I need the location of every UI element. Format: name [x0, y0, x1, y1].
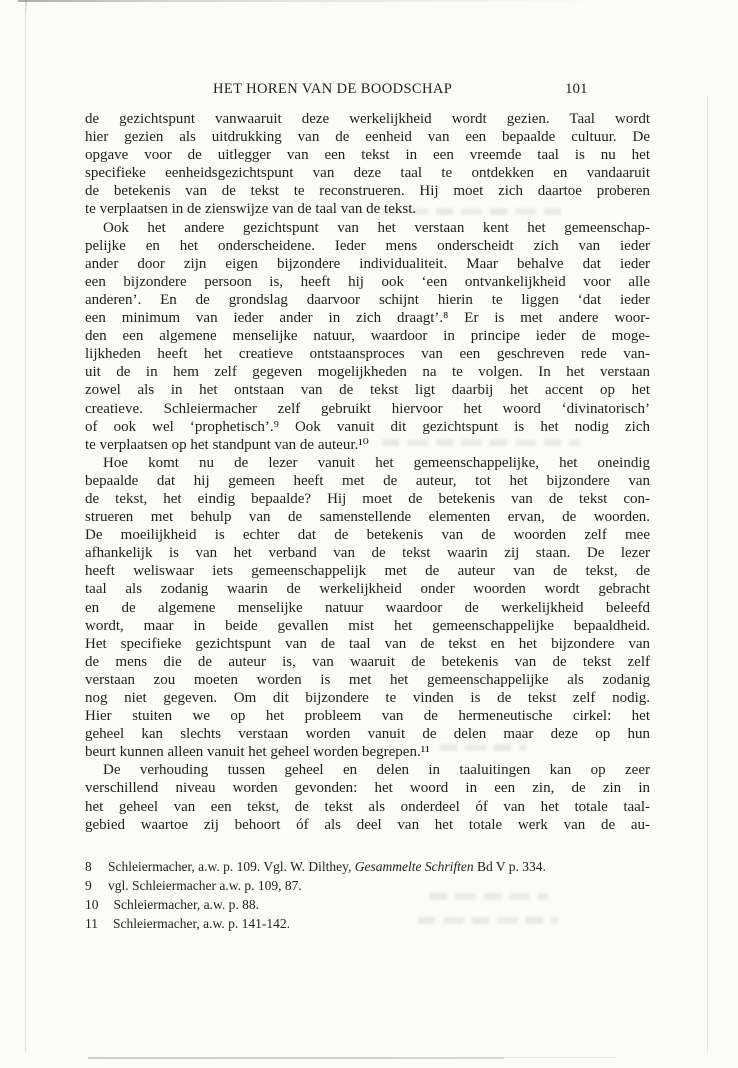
footnote: 9vgl. Schleiermacher a.w. p. 109, 87. [85, 876, 650, 895]
text-line: een minimum van ieder ander in zich draa… [85, 309, 650, 327]
text-line: beurt kunnen alleen vanuit het geheel wo… [85, 743, 650, 761]
text-line: bepaalde dat hij gemeen heeft met de aut… [85, 472, 650, 490]
text-line: specifieke eenheidsgezichtspunt van deze… [85, 164, 650, 182]
text-line: of ook wel ‘prophetisch’.⁹ Ook vanuit di… [85, 418, 650, 436]
scan-edge-bottom [88, 1057, 504, 1059]
text-line: nog niet gegeven. Om dit bijzondere te v… [85, 689, 650, 707]
text-line: wordt, maar in beide gevallen mist het g… [85, 617, 650, 635]
scan-edge-top [18, 0, 610, 2]
text-line: Hier stuiten we op het probleem van de h… [85, 707, 650, 725]
text-line: een bijzondere persoon is, heeft hij ook… [85, 273, 650, 291]
text-line: Ook het andere gezichtspunt van het vers… [85, 219, 650, 237]
text-line: heeft weliswaar iets gemeenschappelijk m… [85, 562, 650, 580]
text-line: verschillend niveau worden gevonden: het… [85, 779, 650, 797]
text-line: gebied waartoe zij behoort óf als deel v… [85, 816, 650, 834]
footnote-number: 8 [85, 857, 93, 876]
text-line: lijkheden heeft het creatieve ontstaansp… [85, 345, 650, 363]
text-line: de mens die de auteur is, van waaruit de… [85, 653, 650, 671]
running-head-title: HET HOREN VAN DE BOODSCHAP [213, 81, 452, 98]
paragraph: Ook het andere gezichtspunt van het vers… [85, 219, 650, 454]
text-line: hier gezien als uitdrukking van de eenhe… [85, 128, 650, 146]
paragraph: De verhouding tussen geheel en delen in … [85, 761, 650, 833]
text-line: taal als zodanig waarin de werkelijkheid… [85, 580, 650, 598]
text-line: uit de in hem zelf gegeven mogelijkheden… [85, 363, 650, 381]
text-line: anderen’. En de grondslag daarvoor schij… [85, 291, 650, 309]
text-line: en de algemene menselijke natuur waardoo… [85, 599, 650, 617]
text-line: afhankelijk is van het verband van de te… [85, 544, 650, 562]
footnotes: 8Schleiermacher, a.w. p. 109. Vgl. W. Di… [85, 857, 650, 933]
running-head: HET HOREN VAN DE BOODSCHAP 101 [85, 81, 650, 101]
text-line: creatieve. Schleiermacher zelf gebruikt … [85, 400, 650, 418]
footnote-text: Schleiermacher, a.w. p. 88. [114, 895, 651, 914]
text-line: Hoe komt nu de lezer vanuit het gemeensc… [85, 454, 650, 472]
footnote-text: Schleiermacher, a.w. p. 109. Vgl. W. Dil… [108, 857, 650, 876]
text-line: te verplaatsen op het standpunt van de a… [85, 436, 650, 454]
text-line: verstaan zou moeten worden is met het ge… [85, 671, 650, 689]
footnote-text: vgl. Schleiermacher a.w. p. 109, 87. [108, 876, 650, 895]
footnote: 10Schleiermacher, a.w. p. 88. [85, 895, 650, 914]
text-line: de betekenis van de tekst te reconstruer… [85, 182, 650, 200]
scan-edge-left [25, 8, 26, 1052]
footnote: 8Schleiermacher, a.w. p. 109. Vgl. W. Di… [85, 857, 650, 876]
text-line: te verplaatsen in de zienswijze van de t… [85, 200, 650, 218]
paragraph: Hoe komt nu de lezer vanuit het gemeensc… [85, 454, 650, 762]
text-line: De moeilijkheid is echter dat de beteken… [85, 526, 650, 544]
text-line: strueren met behulp van de samenstellend… [85, 508, 650, 526]
text-line: geheel kan slechts verstaan worden vanui… [85, 725, 650, 743]
paragraph: de gezichtspunt vanwaaruit deze werkelij… [85, 110, 650, 219]
text-line: den een algemene menselijke natuur, waar… [85, 327, 650, 345]
footnote-number: 10 [85, 895, 99, 914]
scan-edge-bottom-faint [504, 1057, 616, 1058]
text-line: zowel als in het ontstaan van de tekst l… [85, 381, 650, 399]
footnote-text: Schleiermacher, a.w. p. 141-142. [113, 914, 650, 933]
text-line: de gezichtspunt vanwaaruit deze werkelij… [85, 110, 650, 128]
text-line: ander door zijn eigen bijzondere individ… [85, 255, 650, 273]
text-line: Het specifieke gezichtspunt van de taal … [85, 635, 650, 653]
footnote-number: 11 [85, 914, 98, 933]
text-line: pelijke en het onderscheidene. Ieder men… [85, 237, 650, 255]
scan-edge-right [707, 96, 708, 1054]
book-page-scan: HET HOREN VAN DE BOODSCHAP 101 de gezich… [0, 0, 738, 1068]
footnote: 11Schleiermacher, a.w. p. 141-142. [85, 914, 650, 933]
body-text: de gezichtspunt vanwaaruit deze werkelij… [85, 110, 650, 834]
page-number: 101 [565, 81, 588, 98]
text-line: opgave voor de uitlegger van een tekst i… [85, 146, 650, 164]
text-line: het geheel van een tekst, de tekst als o… [85, 798, 650, 816]
text-line: de tekst, het eindig bepaalde? Hij moet … [85, 490, 650, 508]
text-line: De verhouding tussen geheel en delen in … [85, 761, 650, 779]
footnote-number: 9 [85, 876, 93, 895]
